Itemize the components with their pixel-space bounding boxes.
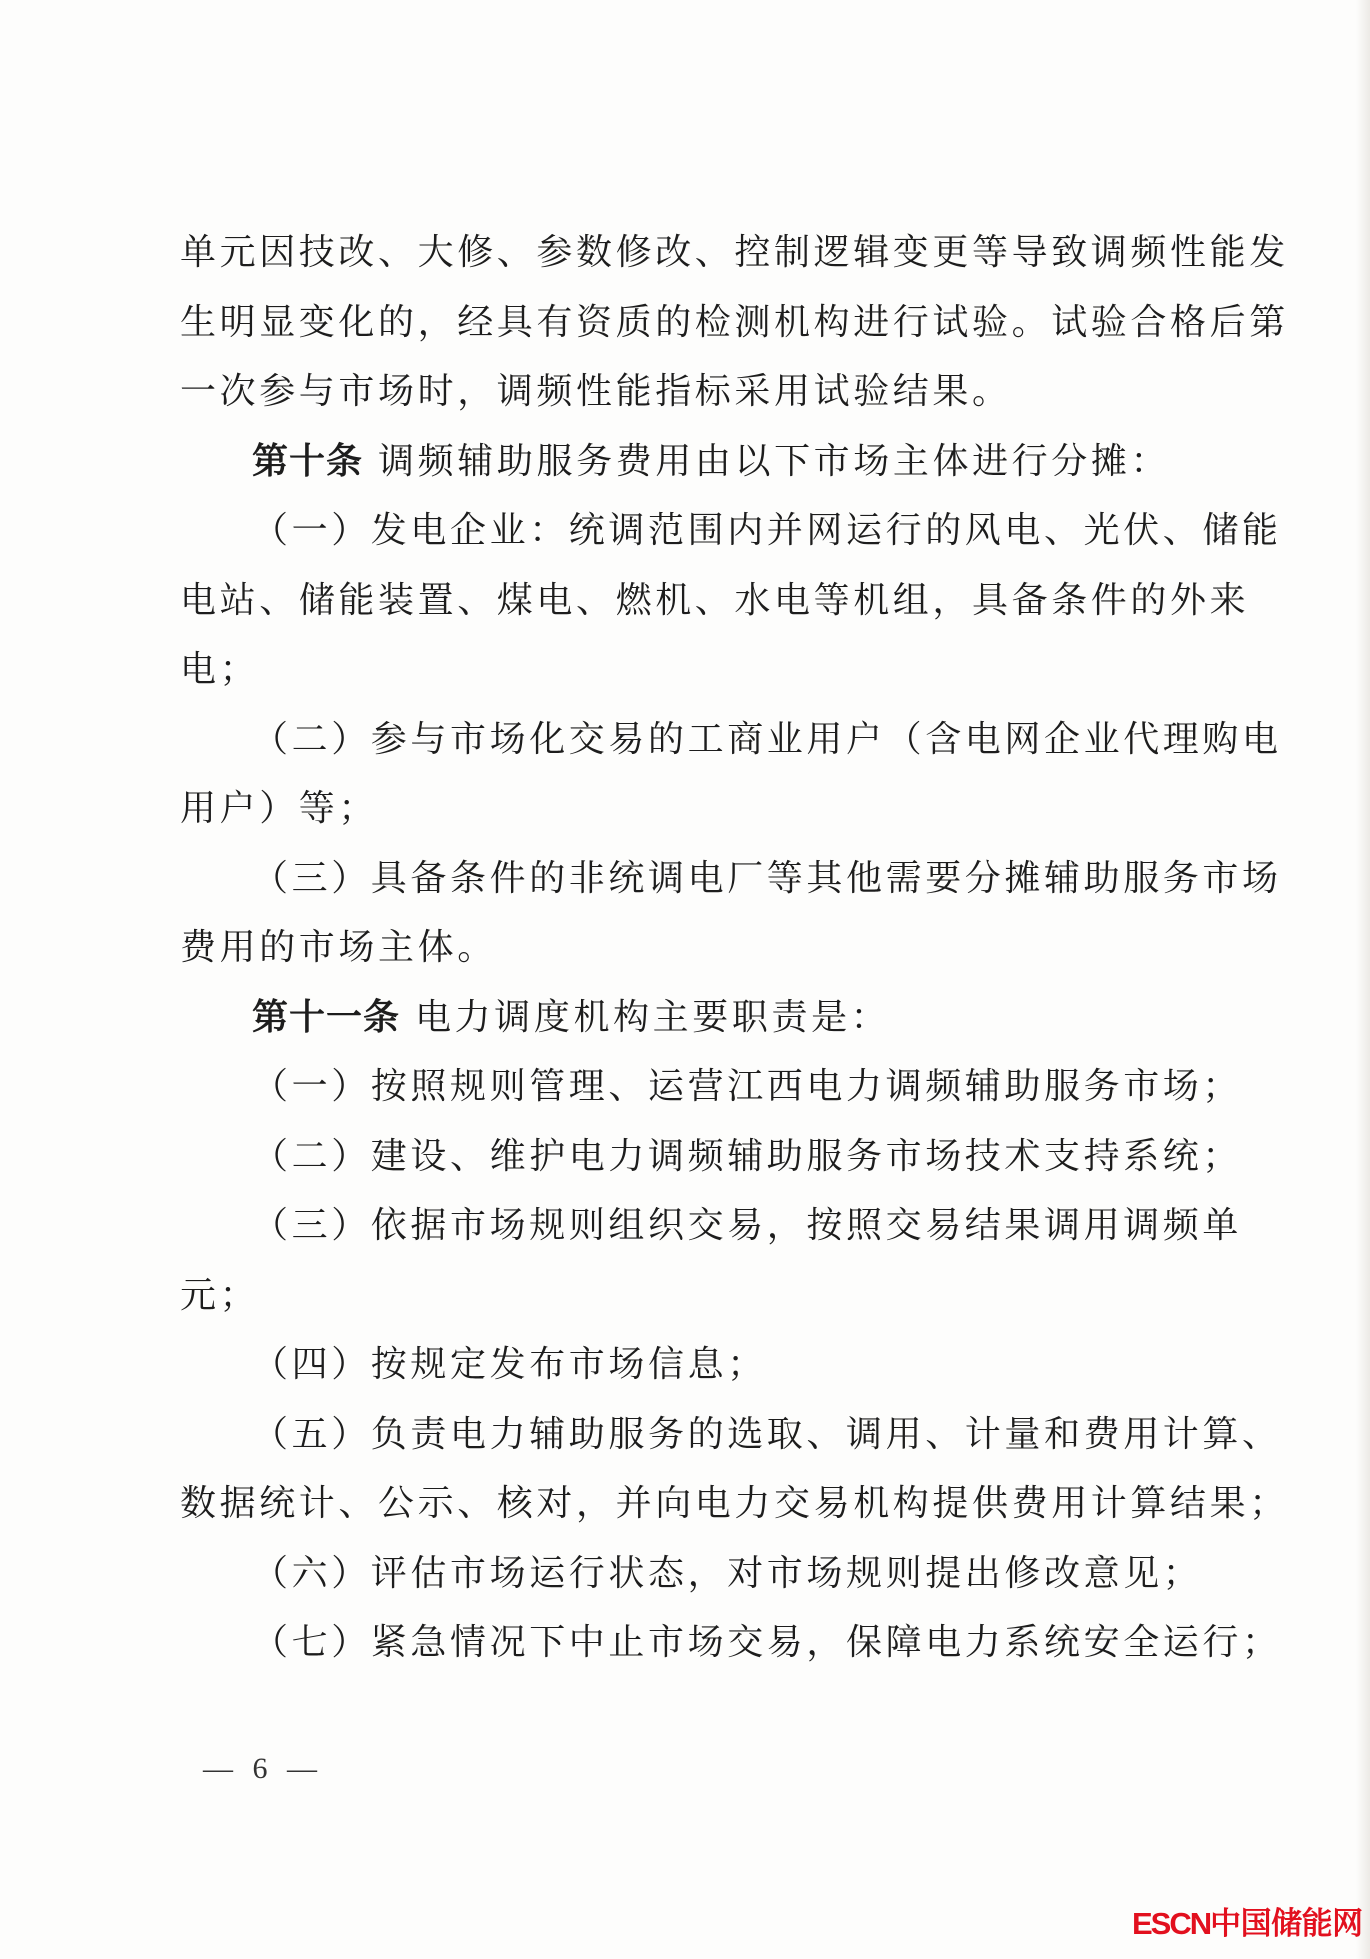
- article-text: 调频辅助服务费用由以下市场主体进行分摊：: [378, 441, 1170, 482]
- body-line: 电；: [180, 635, 1202, 705]
- article-text: 电力调度机构主要职责是：: [415, 997, 890, 1038]
- article-number: 第十条: [252, 441, 363, 482]
- list-item: （一）发电企业：统调范围内并网运行的风电、光伏、储能: [180, 496, 1202, 566]
- page-edge-shadow: [1356, 0, 1370, 1959]
- list-item: （三）具备条件的非统调电厂等其他需要分摊辅助服务市场: [180, 844, 1202, 914]
- body-line: 一次参与市场时，调频性能指标采用试验结果。: [180, 357, 1202, 427]
- article-10-heading: 第十条 调频辅助服务费用由以下市场主体进行分摊：: [180, 427, 1202, 497]
- article-number: 第十一条: [252, 997, 400, 1038]
- watermark-zh: 中国储能网: [1210, 1906, 1363, 1941]
- escn-watermark-logo: ESCN中国储能网: [1132, 1898, 1363, 1943]
- article-11-heading: 第十一条 电力调度机构主要职责是：: [180, 983, 1202, 1053]
- list-item: （六）评估市场运行状态，对市场规则提出修改意见；: [180, 1539, 1202, 1609]
- list-item: （四）按规定发布市场信息；: [180, 1330, 1202, 1400]
- list-item: （二）参与市场化交易的工商业用户（含电网企业代理购电: [180, 705, 1202, 775]
- body-line: 元；: [180, 1261, 1202, 1331]
- list-item: （七）紧急情况下中止市场交易，保障电力系统安全运行；: [180, 1608, 1202, 1678]
- body-line: 电站、储能装置、煤电、燃机、水电等机组，具备条件的外来: [180, 566, 1202, 636]
- list-item: （三）依据市场规则组织交易，按照交易结果调用调频单: [180, 1191, 1202, 1261]
- list-item: （五）负责电力辅助服务的选取、调用、计量和费用计算、: [180, 1400, 1202, 1470]
- body-line: 单元因技改、大修、参数修改、控制逻辑变更等导致调频性能发: [180, 218, 1202, 288]
- body-line: 用户）等；: [180, 774, 1202, 844]
- page-number: — 6 —: [203, 1752, 323, 1786]
- body-line: 生明显变化的，经具有资质的检测机构进行试验。试验合格后第: [180, 288, 1202, 358]
- list-item: （一）按照规则管理、运营江西电力调频辅助服务市场；: [180, 1052, 1202, 1122]
- body-line: 数据统计、公示、核对，并向电力交易机构提供费用计算结果；: [180, 1469, 1202, 1539]
- watermark-en: ESCN: [1132, 1906, 1210, 1941]
- document-page: 单元因技改、大修、参数修改、控制逻辑变更等导致调频性能发 生明显变化的，经具有资…: [180, 218, 1202, 1678]
- list-item: （二）建设、维护电力调频辅助服务市场技术支持系统；: [180, 1122, 1202, 1192]
- body-line: 费用的市场主体。: [180, 913, 1202, 983]
